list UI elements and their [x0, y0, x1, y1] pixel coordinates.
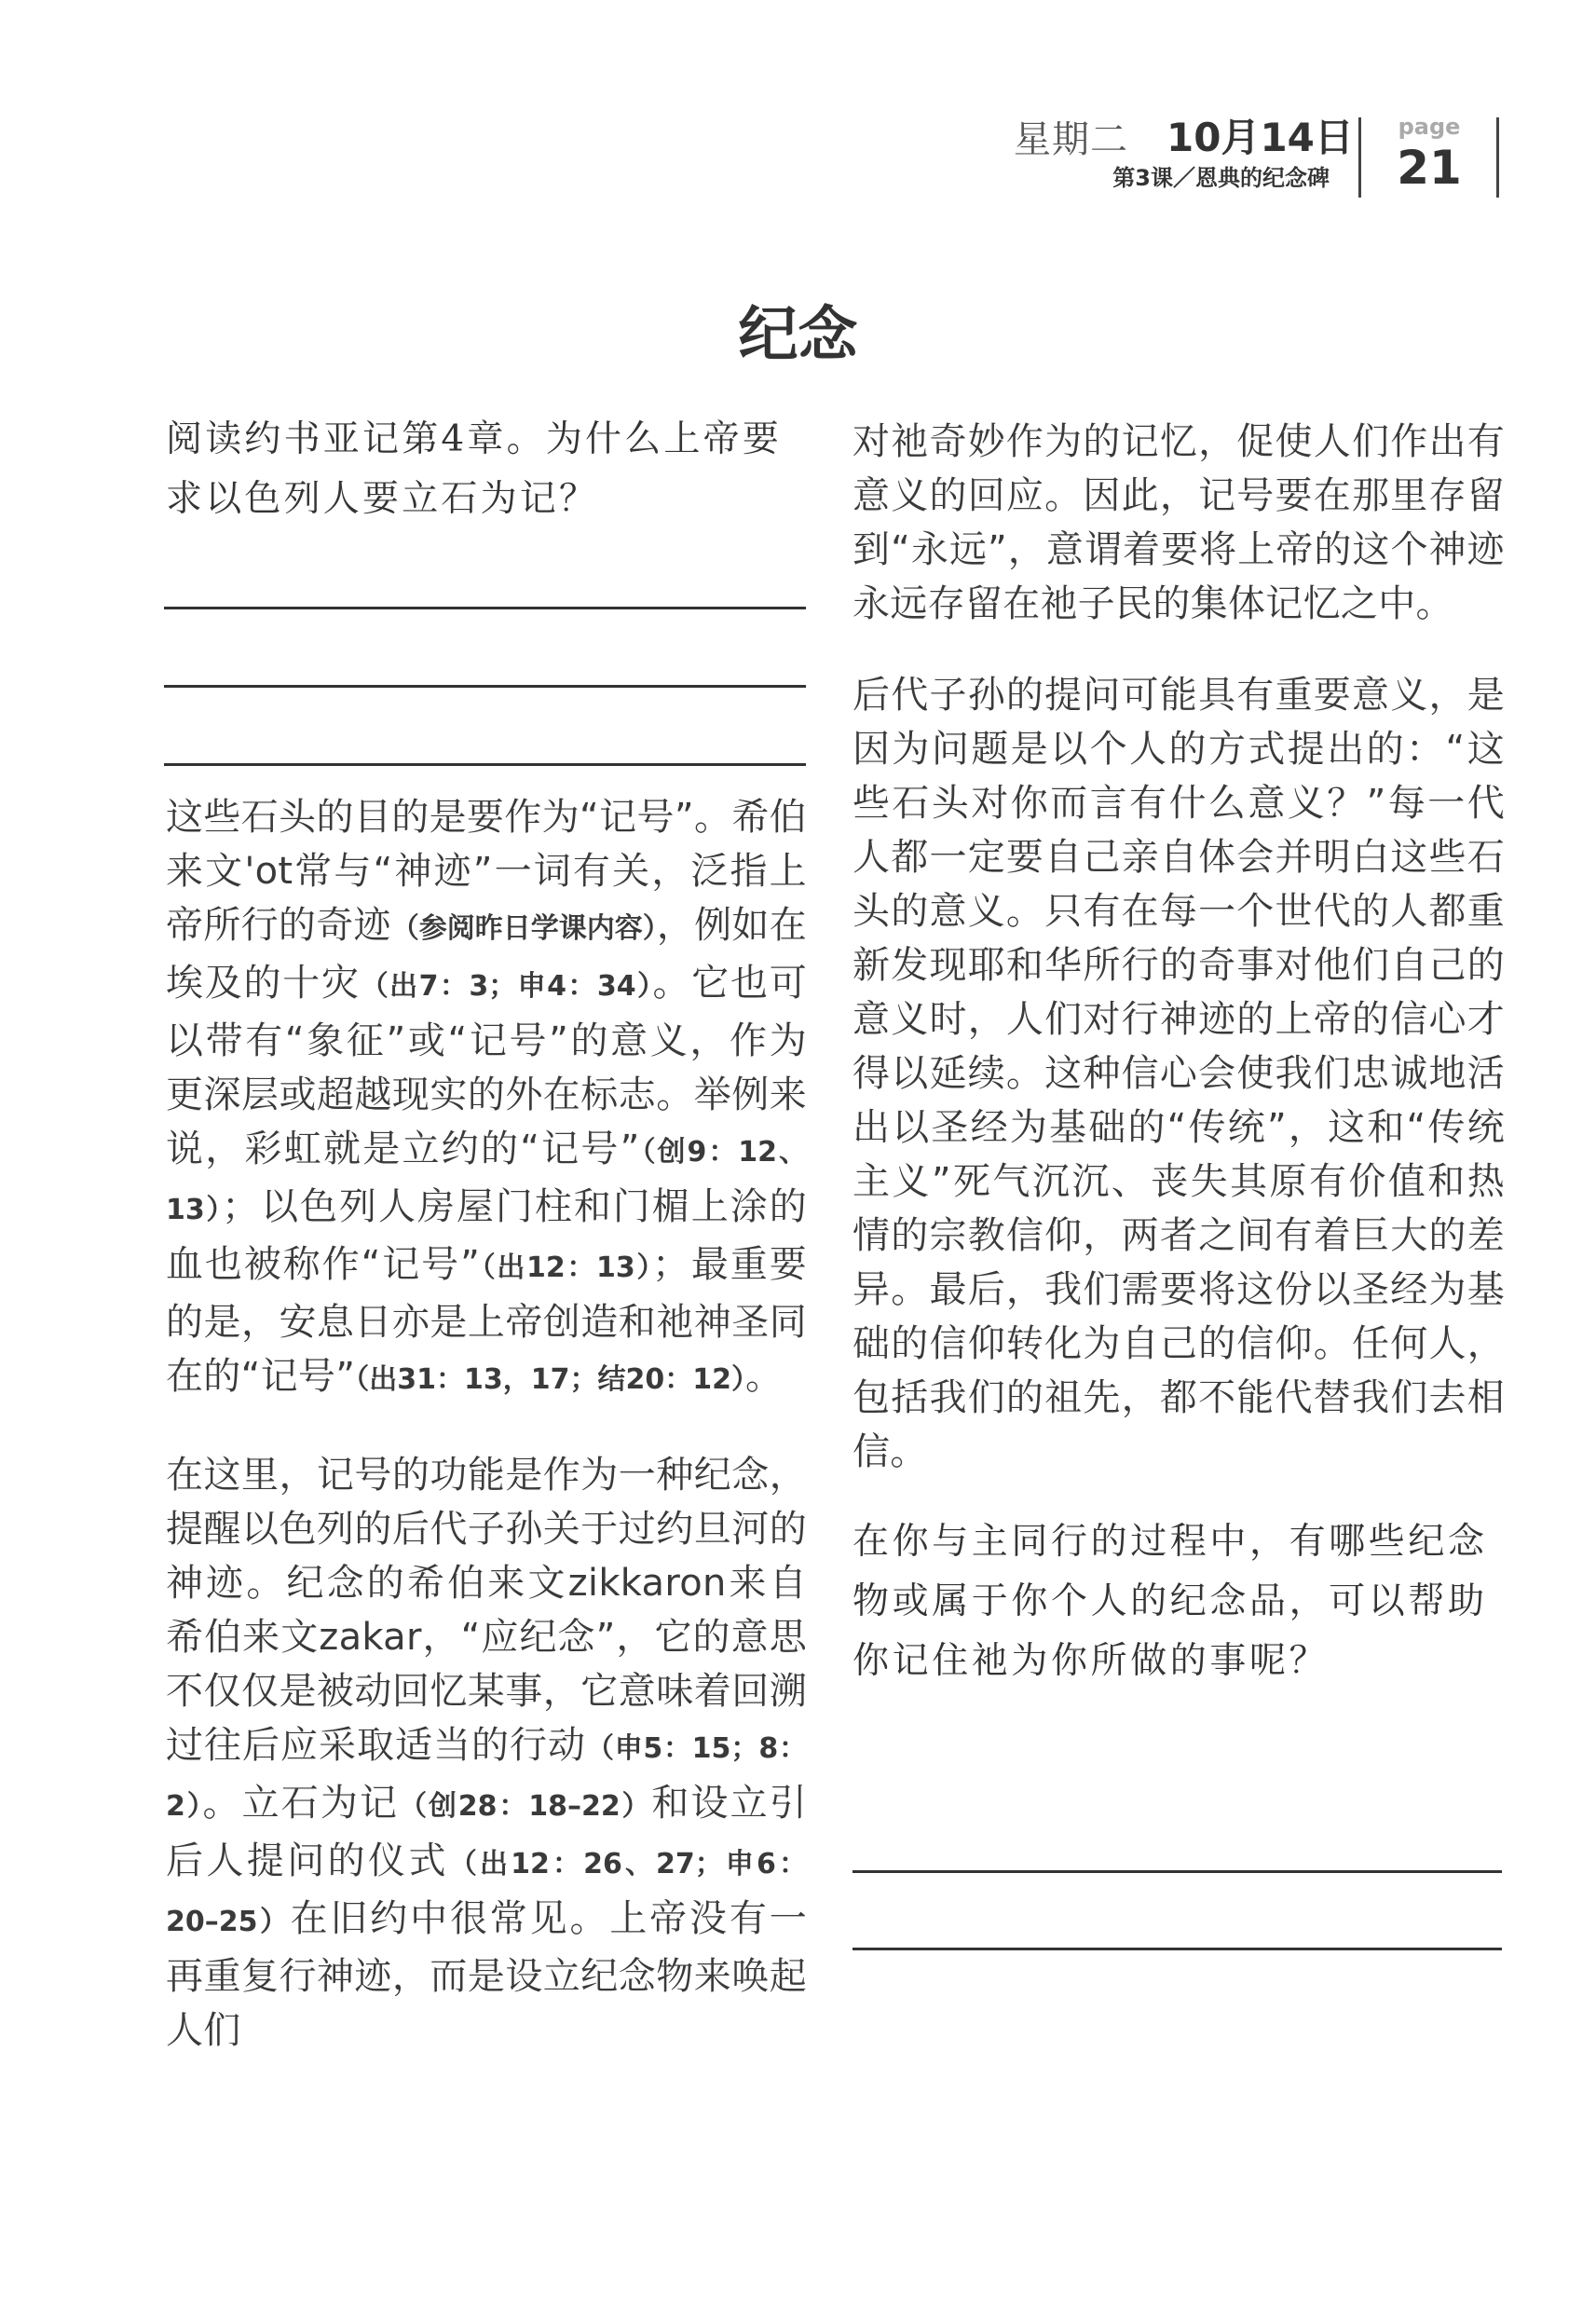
header-date: 10月14日 [1166, 116, 1354, 160]
paragraph-sign-meaning: 这些石头的目的是要作为“记号”。希伯来文'ot常与“神迹”一词有关，泛指上帝所行… [166, 790, 807, 1407]
paragraph-generations: 后代子孙的提问可能具有重要意义，是因为问题是以个人的方式提出的：“这些石头对你而… [853, 668, 1505, 1479]
scripture-reference: （出12：13） [480, 1251, 652, 1284]
left-body: 这些石头的目的是要作为“记号”。希伯来文'ot常与“神迹”一词有关，泛指上帝所行… [166, 790, 807, 2058]
header-divider-right [1496, 117, 1499, 198]
paragraph-continued: 对祂奇妙作为的记忆，促使人们作出有意义的回应。因此，记号要在那里存留到“永远”，… [853, 415, 1505, 631]
left-column: 阅读约书亚记第4章。为什么上帝要求以色列人要立石为记？ [166, 410, 807, 529]
reflection-question: 在你与主同行的过程中，有哪些纪念物或属于你个人的纪念品，可以帮助你记住祂为你所做… [853, 1512, 1505, 1691]
paragraph-memorial-function: 在这里，记号的功能是作为一种纪念，提醒以色列的后代子孙关于过约旦河的神迹。纪念的… [166, 1448, 807, 2058]
hebrew-term: zakar [319, 1616, 421, 1659]
page-label: page [1362, 114, 1496, 140]
answer-line-1[interactable] [164, 607, 806, 609]
scripture-reference: （创28：18–22） [399, 1790, 651, 1823]
text-segment: 。 [745, 1355, 783, 1398]
reading-question: 阅读约书亚记第4章。为什么上帝要求以色列人要立石为记？ [166, 410, 807, 529]
header-day: 星期二 [1014, 117, 1128, 162]
scripture-reference: （出31：13，17；结20：12） [355, 1363, 745, 1396]
header-lesson-title: 第3课／恩典的纪念碑 [1112, 164, 1330, 192]
answer-line-3[interactable] [164, 763, 806, 766]
hebrew-term: 'ot [244, 850, 293, 893]
text-segment: 。立石为记 [203, 1782, 400, 1825]
text-segment: 对祂奇妙作为的记忆，促使人们作出有意义的回应。因此，记号要在那里存留到“永远”，… [853, 420, 1505, 625]
page-number: 21 [1362, 142, 1496, 194]
answer-line-4[interactable] [853, 1870, 1502, 1873]
hebrew-term: zikkaron [568, 1562, 727, 1605]
scripture-reference: （参阅昨日学课内容） [391, 912, 657, 945]
right-column: 对祂奇妙作为的记忆，促使人们作出有意义的回应。因此，记号要在那里存留到“永远”，… [853, 415, 1505, 1691]
answer-line-5[interactable] [853, 1948, 1502, 1950]
answer-line-2[interactable] [164, 685, 806, 688]
text-segment: 后代子孙的提问可能具有重要意义，是因为问题是以个人的方式提出的：“这些石头对你而… [853, 674, 1505, 1473]
page-title: 纪念 [0, 298, 1596, 373]
scripture-reference: （出7：3；申4：34） [361, 970, 653, 1003]
header-divider-left [1358, 117, 1361, 198]
